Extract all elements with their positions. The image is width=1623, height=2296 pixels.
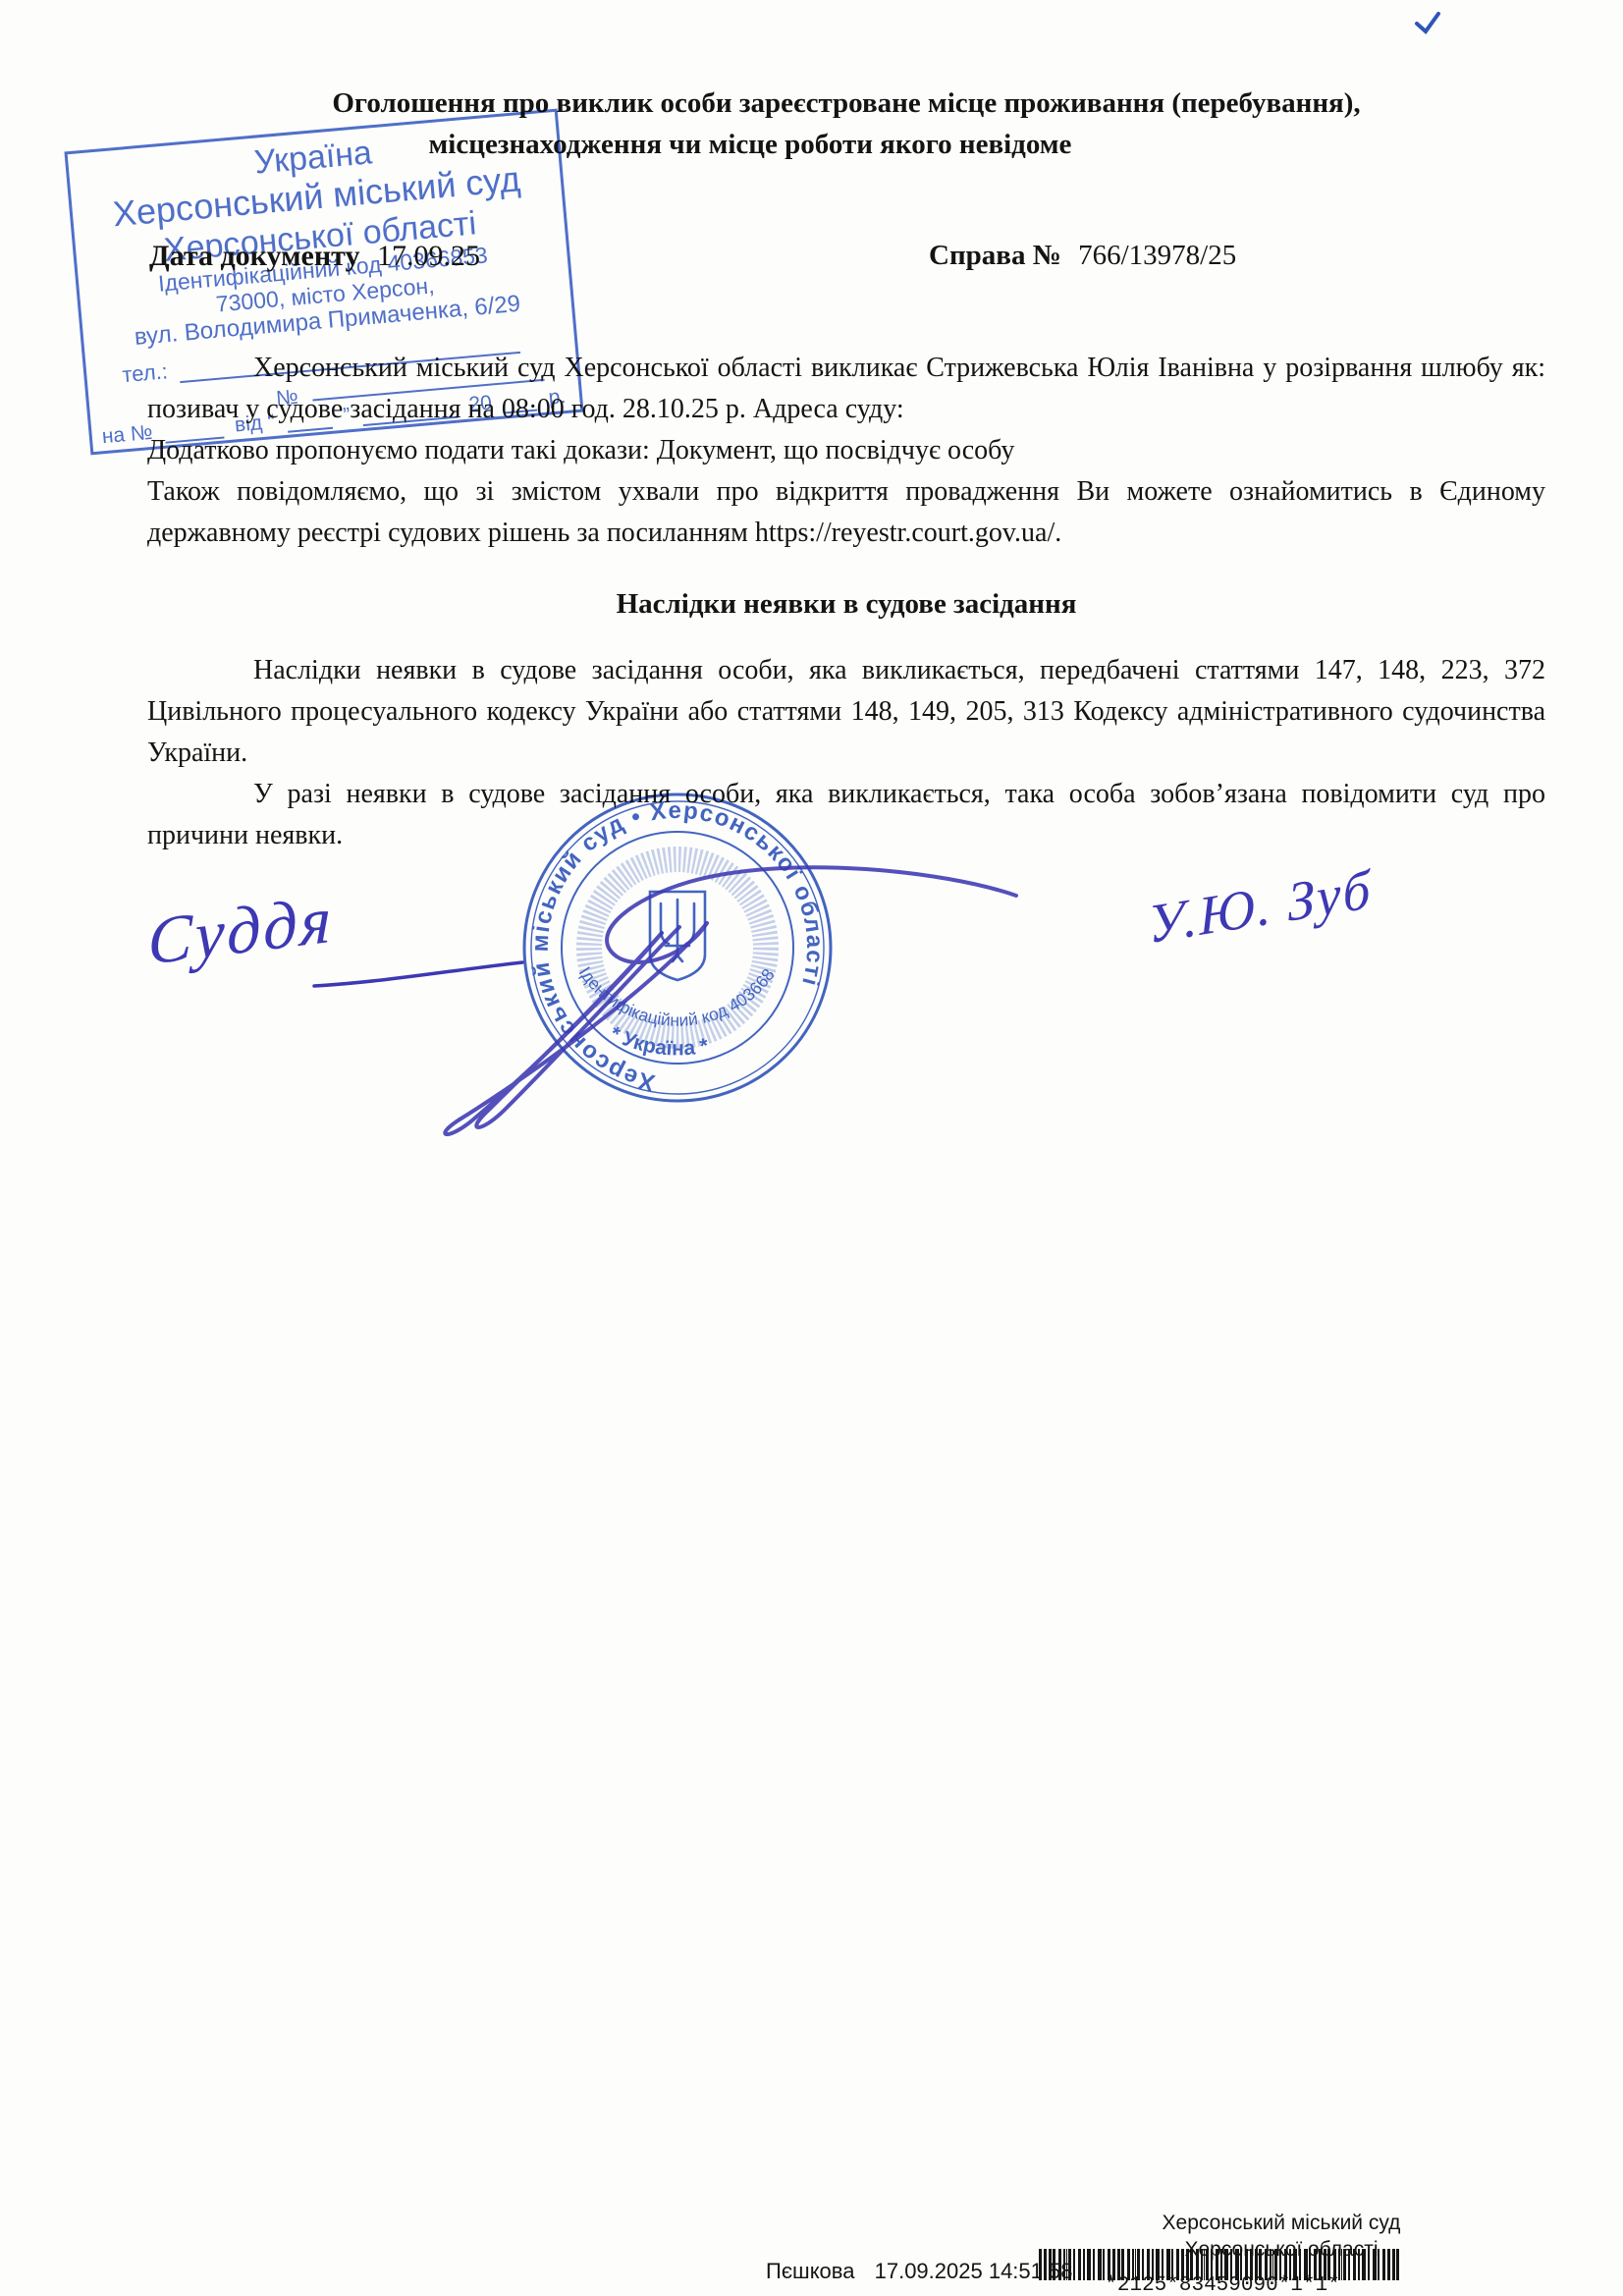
handwritten-judge-word: Суддя [147, 880, 335, 981]
footer-clerk-line: Пєшкова 17.09.2025 14:51:58 [766, 2259, 1072, 2284]
document-title-line1: Оголошення про виклик особи зареєстрован… [147, 82, 1545, 124]
checkmark-pen-mark [1417, 14, 1438, 31]
case-number-line: Справа № 766/13978/25 [929, 240, 1236, 272]
signature-stroke [445, 867, 1016, 1134]
signature-flourish [314, 962, 522, 986]
seal-country-text: * Україна * [606, 1022, 711, 1061]
body-paragraph-summons: Херсонський міський суд Херсонської обла… [147, 348, 1545, 430]
case-value: 766/13978/25 [1078, 240, 1236, 271]
svg-text:* Україна *: * Україна * [606, 1022, 711, 1061]
case-label: Справа № [929, 240, 1061, 271]
body-paragraph-obligation: У разі неявки в судове засідання особи, … [147, 774, 1545, 856]
date-label: Дата документу [149, 240, 359, 272]
barcode-text: *2125*83459090*1*1* [1055, 2274, 1389, 2296]
date-value: 17.09.25 [377, 240, 480, 272]
trident-emblem [650, 892, 705, 980]
body-paragraph-registry: Також повідомляємо, що зі змістом ухвали… [147, 471, 1545, 554]
document-date-line: Дата документу 17.09.25 [149, 240, 480, 273]
section-heading: Наслідки неявки в судове засідання [147, 583, 1545, 625]
document-body: Херсонський міський суд Херсонської обла… [147, 348, 1545, 856]
scanned-court-document: Оголошення про виклик особи зареєстрован… [0, 0, 1623, 2296]
stamp-ref-na-no: на № [101, 421, 154, 449]
body-paragraph-consequences: Наслідки неявки в судове засідання особи… [147, 650, 1545, 774]
handwritten-judge-signature: У.Ю. Зуб [1147, 858, 1374, 957]
body-paragraph-evidence: Додатково пропонуємо подати такі докази:… [147, 430, 1545, 471]
seal-hatch-ring [589, 859, 766, 1036]
footer-clerk-name: Пєшкова [766, 2259, 854, 2283]
footer-court-line1: Херсонський міський суд [1075, 2210, 1488, 2236]
